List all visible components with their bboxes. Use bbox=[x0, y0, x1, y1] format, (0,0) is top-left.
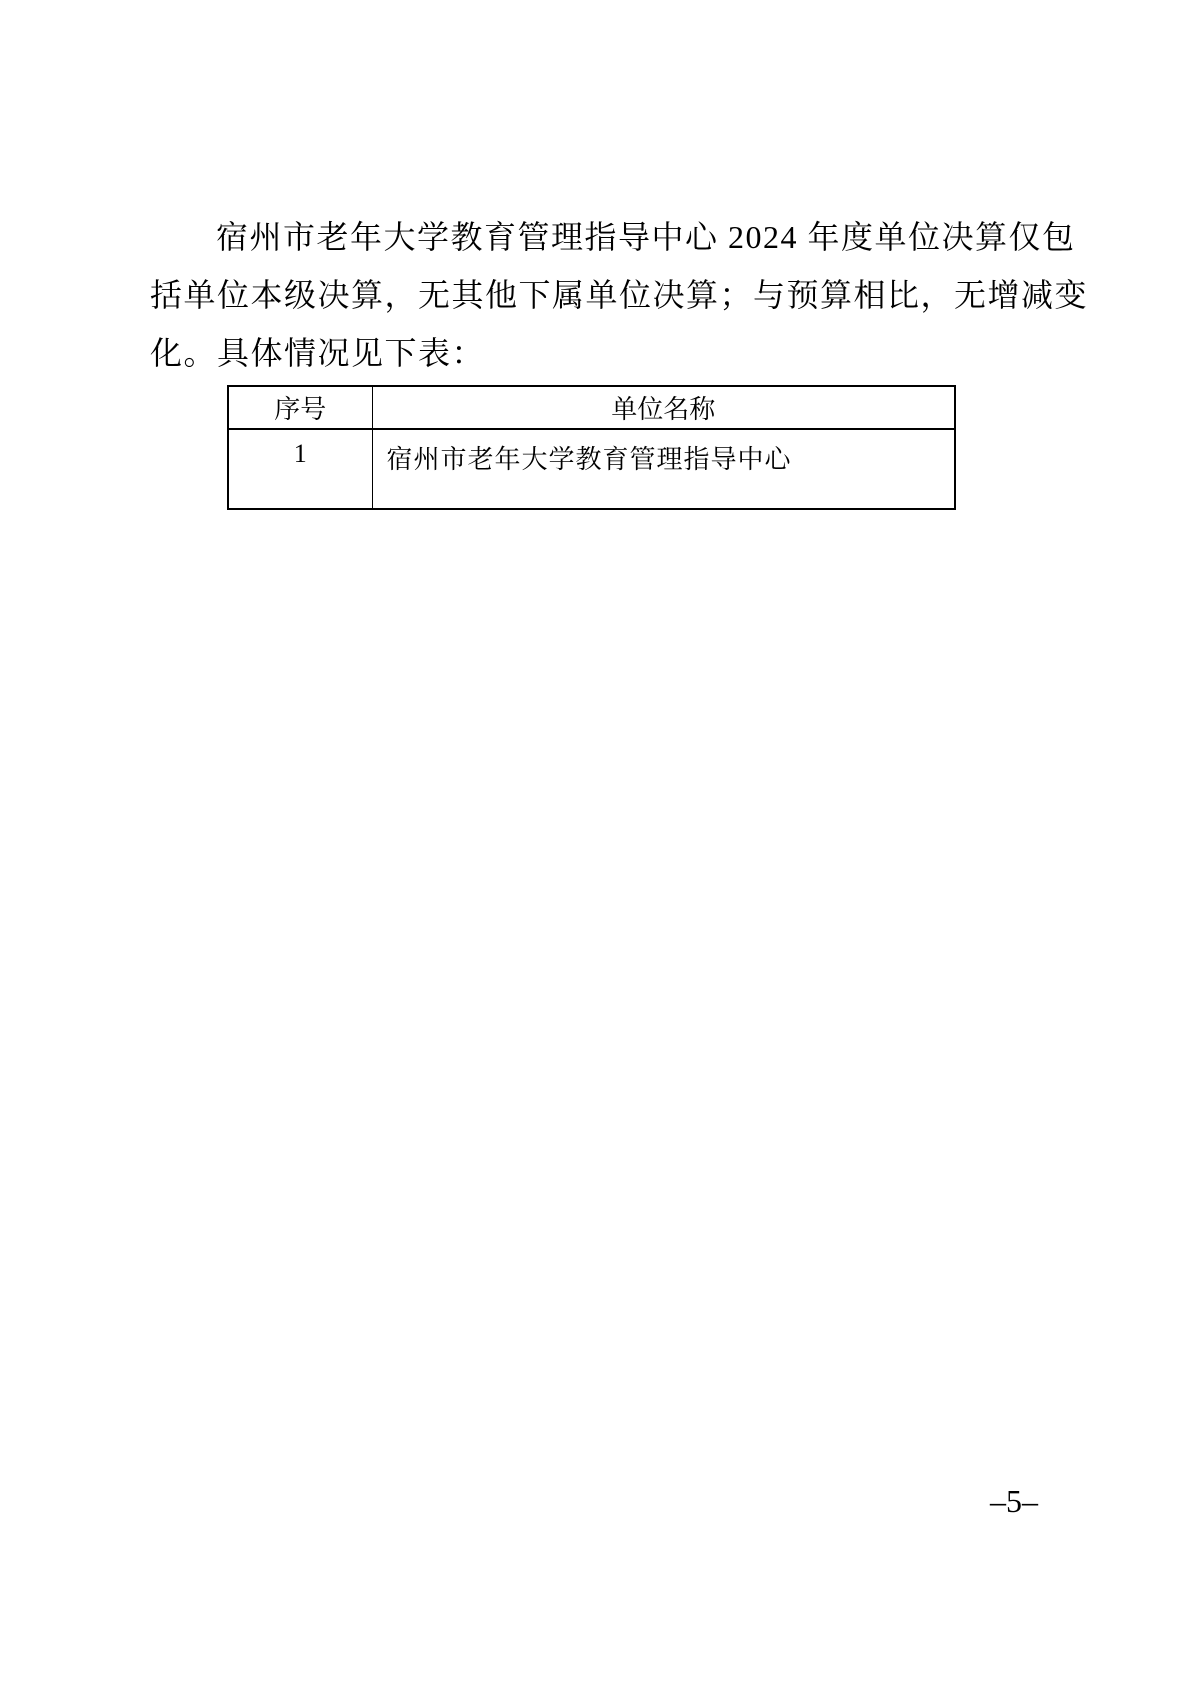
document-page: 宿州市老年大学教育管理指导中心 2024 年度单位决算仅包 括单位本级决算，无其… bbox=[0, 0, 1190, 1683]
cell-unit-name: 宿州市老年大学教育管理指导中心 bbox=[372, 429, 955, 509]
units-table: 序号 单位名称 1 宿州市老年大学教育管理指导中心 bbox=[227, 385, 956, 510]
paragraph-line-2: 括单位本级决算，无其他下属单位决算；与预算相比，无增减变 bbox=[150, 266, 990, 324]
paragraph-line-3: 化。具体情况见下表： bbox=[150, 324, 990, 382]
header-cell-seq: 序号 bbox=[228, 386, 372, 429]
intro-paragraph: 宿州市老年大学教育管理指导中心 2024 年度单位决算仅包 括单位本级决算，无其… bbox=[150, 208, 990, 382]
table-row: 1 宿州市老年大学教育管理指导中心 bbox=[228, 429, 955, 509]
cell-seq: 1 bbox=[228, 429, 372, 509]
paragraph-line-1: 宿州市老年大学教育管理指导中心 2024 年度单位决算仅包 bbox=[150, 208, 990, 266]
page-number: –5– bbox=[990, 1483, 1038, 1519]
table-header-row: 序号 单位名称 bbox=[228, 386, 955, 429]
header-cell-name: 单位名称 bbox=[372, 386, 955, 429]
